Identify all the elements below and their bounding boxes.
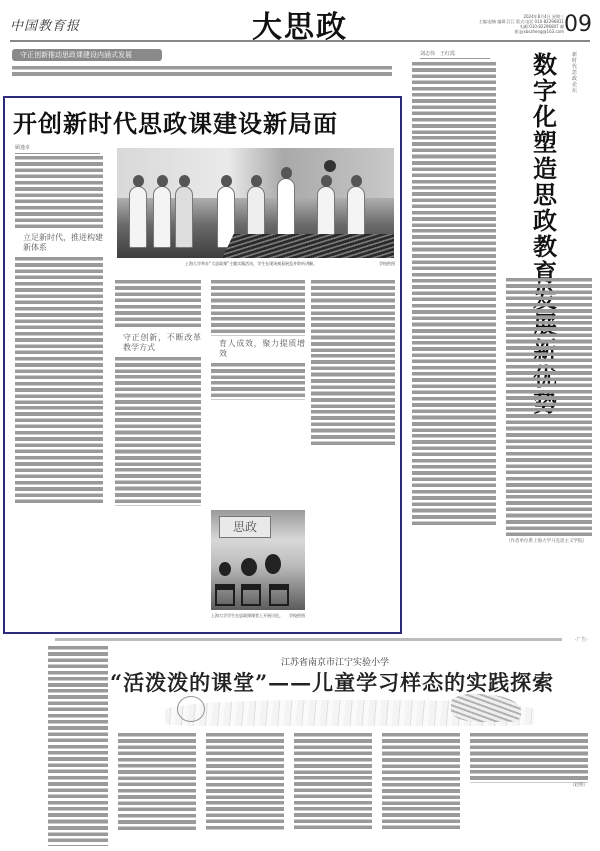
feature-column-3: 学校以理论教学与实践教学相结合，开展专题化教学、案例式教学，推动思政小课堂与社会… <box>211 280 305 506</box>
author-affiliation: （作者单位系上海大学马克思主义学院） <box>506 539 592 545</box>
section-tag: 守正创新推动思政课建设内涵式发展 <box>12 49 162 61</box>
photo-caption: 上海大学学生在思政课课堂上开展讨论。 学校供图 <box>211 613 305 619</box>
bottom-column-2: 为深入贯彻党的二十大精神，学校始终坚持把思政课建设作为落实立德树人根本任务的关键… <box>118 733 196 845</box>
section-heading: 守正创新，不断改革教学方式 <box>123 333 201 353</box>
children-illustration <box>165 700 535 726</box>
feature-column-4: 学校着力建设高素质专业化思政课教师队伍，完善教师培训体系，推动思政课教学质量持续… <box>311 280 395 630</box>
bottom-article-headline: “活泼泼的课堂”——儿童学习样态的实践探索 <box>110 667 554 697</box>
header-divider <box>10 40 590 42</box>
column-label: 新时代思政论坛 <box>572 52 580 94</box>
bottom-column-6: 为深入贯彻党的二十大精神，学校始终坚持把思政课建设作为落实立德树人根本任务的关键… <box>470 733 588 845</box>
feature-column-1: 为深入贯彻党的二十大精神，学校始终坚持把思政课建设作为落实立德树人根本任务的关键… <box>15 156 103 630</box>
right-column-2: 思政课教学改革是一项系统工程，学校坚持问题导向，构建课程体系、教材体系和教学体系… <box>506 278 592 632</box>
bottom-author: （赵明） <box>470 783 588 789</box>
section-heading: 立足新时代，推进构建新体系 <box>23 233 103 253</box>
ad-mark: ·广告· <box>575 636 588 643</box>
masthead-meta: 2024年8月4日 星期三 主编:赵楠 编辑:汪江 版式:电话 010-8229… <box>474 14 564 34</box>
feature-photo-classroom: 思政 <box>211 510 305 610</box>
bottom-column-5: 学校着力建设高素质专业化思政课教师队伍，完善教师培训体系，推动思政课教学质量持续… <box>382 733 460 845</box>
masthead: 中国教育报 大思政 2024年8月4日 星期三 主编:赵楠 编辑:汪江 版式:电… <box>0 0 600 42</box>
bottom-column-3: 思政课教学改革是一项系统工程，学校坚持问题导向，构建课程体系、教材体系和教学体系… <box>206 733 284 845</box>
editor-note: 编者按 近年，开设思政课、讲好思政课、提升思政课建设质量取得了显著成效。如何进一… <box>12 66 392 78</box>
feature-byline: 顾逸卓 <box>15 144 100 154</box>
feature-article: 开创新时代思政课建设新局面 顾逸卓 为深入贯彻党的二十大精神，学校始终坚持把思政… <box>3 96 402 634</box>
bottom-column-1: 为深入贯彻党的二十大精神，学校始终坚持把思政课建设作为落实立德树人根本任务的关键… <box>48 646 108 846</box>
right-article-byline: 刘志伟 王红霞 <box>420 50 490 59</box>
section-divider <box>55 638 562 641</box>
feature-headline: 开创新时代思政课建设新局面 <box>13 104 338 139</box>
section-heading: 育人成效，聚力提质增效 <box>219 339 305 359</box>
feature-photo-exhibition <box>117 148 394 258</box>
bottom-column-4: 学校以理论教学与实践教学相结合，开展专题化教学、案例式教学，推动思政小课堂与社会… <box>294 733 372 845</box>
right-column-1: 为深入贯彻党的二十大精神，学校始终坚持把思政课建设作为落实立德树人根本任务的关键… <box>412 62 496 632</box>
page-number: 09 <box>564 12 592 37</box>
photo-caption: 上海大学举办“大思政课”主题实践活动，学生在现场观看展览并聆听讲解。 学校供图 <box>185 261 395 267</box>
feature-column-2: 思政课教学改革是一项系统工程，学校坚持问题导向，构建课程体系、教材体系和教学体系… <box>115 280 201 630</box>
